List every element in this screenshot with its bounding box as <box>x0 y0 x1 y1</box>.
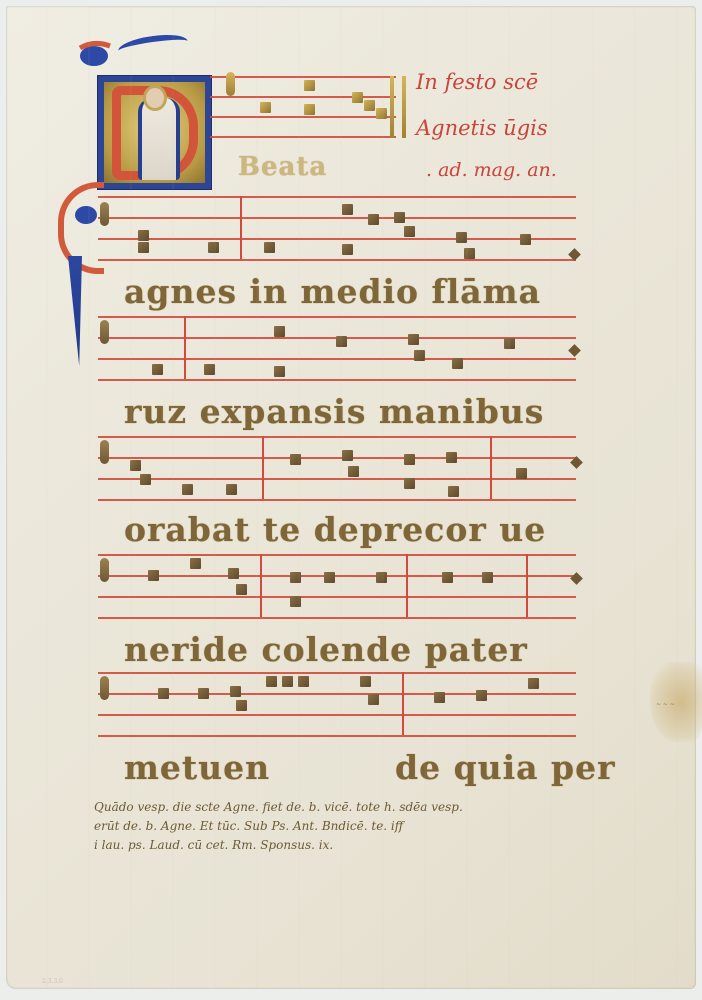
saint-figure <box>138 98 180 180</box>
staff-0 <box>210 72 396 136</box>
lyric-line-5: metuen de quia per <box>124 748 616 787</box>
lyric-line-1: agnes in medio flāma <box>124 272 541 311</box>
shelfmark: 2.3.3.0 <box>42 978 63 985</box>
staff-5 <box>98 670 576 734</box>
blue-flourish-tail <box>68 256 82 366</box>
incipit-text: Beata <box>238 152 327 182</box>
staff-3 <box>98 434 576 498</box>
lyric-line-3: orabat te deprecor ue <box>124 510 546 549</box>
instruction-line-1: Quādo vesp. die scte Agne. fiet de. b. v… <box>94 798 594 817</box>
blue-flourish-swirl <box>117 31 189 61</box>
manuscript-leaf: Beata In festo scē Agnetis ūgis . ad. ma… <box>6 6 696 989</box>
rubric-line-3: . ad. mag. an. <box>426 158 557 182</box>
historiated-initial <box>97 75 212 190</box>
double-bar-right <box>402 76 406 138</box>
staff-4 <box>98 552 576 616</box>
lyric-line-2: ruz expansis manibus <box>124 392 544 431</box>
lyric-line-4: neride colende pater <box>124 630 528 669</box>
blue-flourish-blob <box>75 206 97 224</box>
rubric-line-2: Agnetis ūgis <box>416 116 548 140</box>
stain-marginal-note: ~ ~ ~ <box>656 701 675 708</box>
staff-2 <box>98 314 576 378</box>
rubric-line-1: In festo scē <box>416 70 538 94</box>
instruction-line-2: erūt de. b. Agne. Et tūc. Sub Ps. Ant. B… <box>94 817 594 836</box>
staff-1 <box>98 194 576 258</box>
instruction-line-3: i lau. ps. Laud. cū cet. Rm. Sponsus. ix… <box>94 836 594 855</box>
top-flourish <box>70 40 116 70</box>
rubric-instructions: Quādo vesp. die scte Agne. fiet de. b. v… <box>94 798 594 855</box>
double-bar-left <box>390 76 394 138</box>
saint-head-halo <box>146 88 164 108</box>
